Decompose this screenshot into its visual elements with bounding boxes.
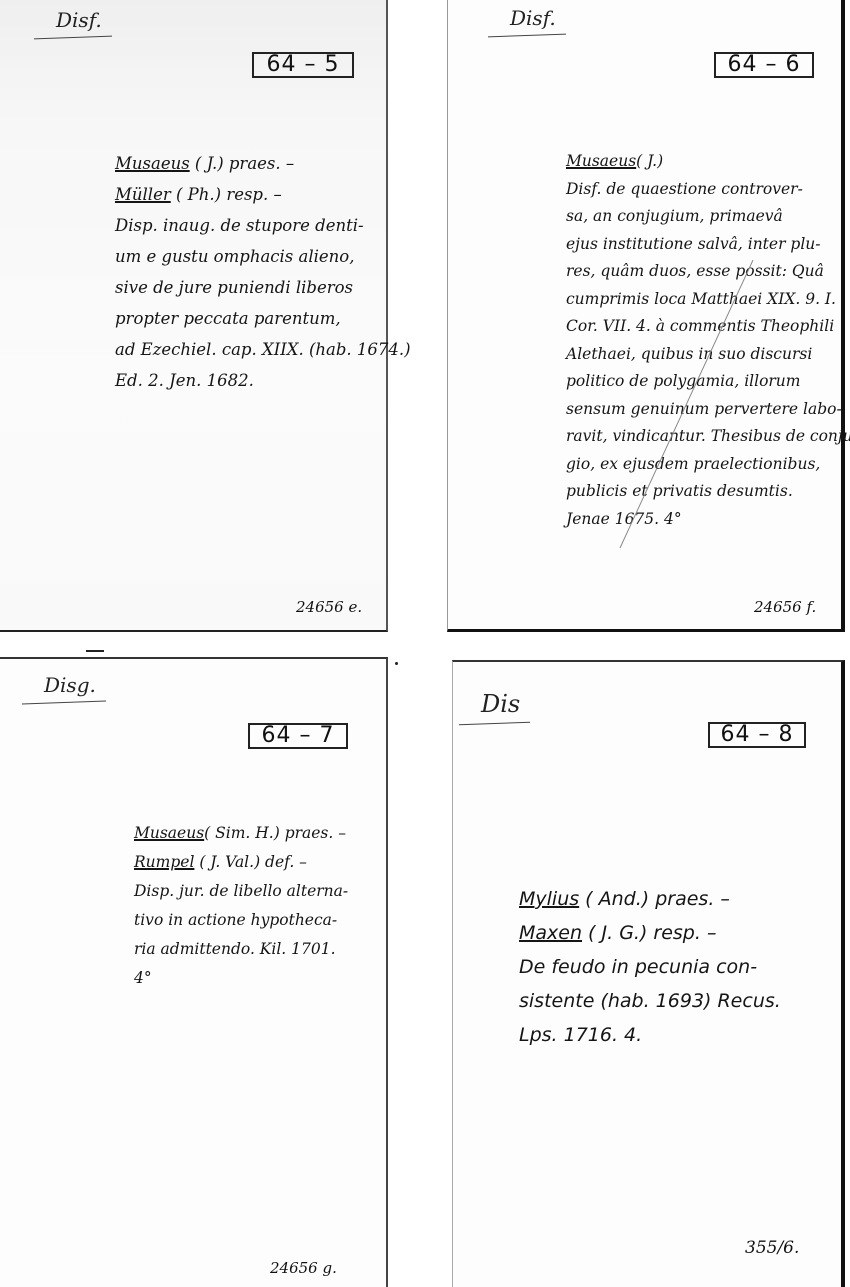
author-line: Musaeus( J.) [566,148,850,176]
title-line: tivo in actione hypotheca- [134,906,348,935]
imprint-line: Ed. 2. Jen. 1682. [115,365,411,396]
catalog-card-64-8: Dis 64 – 8 Mylius ( And.) praes. – Maxen… [452,660,845,1287]
respondent-name: Maxen [519,922,582,944]
respondent-role: ( J. G.) resp. – [582,922,716,944]
title-line: sive de jure puniendi liberos [115,272,411,303]
stray-mark [86,650,104,652]
accession-number: 24656 g. [270,1259,337,1277]
imprint-line: Lps. 1716. 4. [519,1018,781,1052]
accession-number: 24656 f. [754,598,816,616]
card-header-label: Dis [481,690,520,718]
card-body: Musaeus ( J.) praes. – Müller ( Ph.) res… [115,148,411,396]
title-line: propter peccata parentum, [115,303,411,334]
accession-number: 24656 e. [296,598,362,616]
catalog-card-64-6: Disf. 64 – 6 Musaeus( J.) Disf. de quaes… [447,0,845,632]
author-name: Musaeus [134,824,204,842]
author-line: Mylius ( And.) praes. – [519,882,781,916]
author-role: ( And.) praes. – [579,888,730,910]
call-number-box: 64 – 8 [708,722,806,748]
diagonal-pencil-stroke [618,260,758,550]
author-name: Musaeus [115,154,190,173]
respondent-role: ( Ph.) resp. – [171,185,282,204]
respondent-line: Rumpel ( J. Val.) def. – [134,848,348,877]
card-header-label: Disf. [510,6,556,30]
title-line: De feudo in pecunia con- [519,950,781,984]
author-name: Mylius [519,888,579,910]
respondent-role: ( J. Val.) def. – [194,853,307,871]
author-role: ( J.) praes. – [190,154,294,173]
respondent-line: Maxen ( J. G.) resp. – [519,916,781,950]
author-line: Musaeus( Sim. H.) praes. – [134,819,348,848]
author-initials: ( J.) [636,152,663,170]
author-role: ( Sim. H.) praes. – [204,824,346,842]
title-line: Disf. de quaestione controver- [566,176,850,204]
card-body: Musaeus( Sim. H.) praes. – Rumpel ( J. V… [134,819,348,993]
title-line: Disp. jur. de libello alterna- [134,877,348,906]
respondent-name: Rumpel [134,853,194,871]
card-header-label: Disf. [56,8,102,32]
catalog-card-64-5: Disf. 64 – 5 Musaeus ( J.) praes. – Müll… [0,0,388,632]
card-body: Mylius ( And.) praes. – Maxen ( J. G.) r… [519,882,781,1052]
title-line: Disp. inaug. de stupore denti- [115,210,411,241]
title-line: sistente (hab. 1693) Recus. [519,984,781,1018]
accession-number: 355/6. [745,1238,799,1258]
title-line: ria admittendo. Kil. 1701. [134,935,348,964]
title-line: um e gustu omphacis alieno, [115,241,411,272]
call-number-box: 64 – 6 [714,52,814,78]
author-name: Musaeus [566,152,636,170]
title-line: sa, an conjugium, primaevâ [566,203,850,231]
card-header-label: Disg. [44,673,96,697]
title-line: ejus institutione salvâ, inter plu- [566,231,850,259]
call-number-box: 64 – 7 [248,723,348,749]
catalog-card-64-7: Disg. 64 – 7 Musaeus( Sim. H.) praes. – … [0,657,388,1287]
stray-mark [395,662,398,665]
author-line: Musaeus ( J.) praes. – [115,148,411,179]
format-line: 4° [134,964,348,993]
respondent-line: Müller ( Ph.) resp. – [115,179,411,210]
call-number-box: 64 – 5 [252,52,354,78]
respondent-name: Müller [115,185,171,204]
title-line: ad Ezechiel. cap. XIIX. (hab. 1674.) [115,334,411,365]
